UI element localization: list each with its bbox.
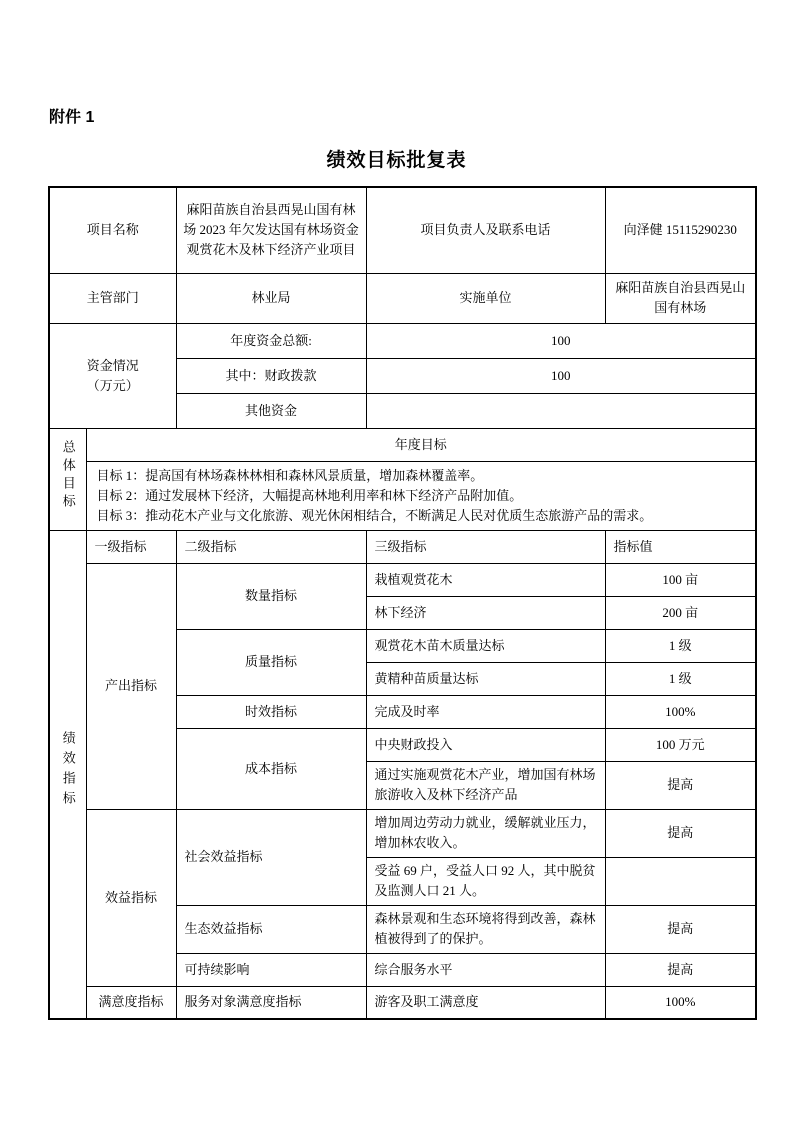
indicator-name: 观赏花木苗木质量达标	[366, 629, 605, 662]
indicator-name: 增加周边劳动力就业，缓解就业压力，增加林农收入。	[366, 809, 605, 857]
document-page: 附件 1 绩效目标批复表 项目名称 麻阳苗族自治县西晃山国有林场 2023 年欠…	[0, 0, 793, 1122]
indicator-value: 提高	[605, 905, 756, 953]
overall-goal-vertical-text: 总体目标	[60, 440, 76, 512]
funding-label-line1: 资金情况	[54, 356, 172, 376]
level1-output: 产出指标	[86, 563, 176, 809]
indicator-value: 200 亩	[605, 596, 756, 629]
project-name-label: 项目名称	[49, 187, 176, 273]
project-name-value: 麻阳苗族自治县西晃山国有林场 2023 年欠发达国有林场资金观赏花木及林下经济产…	[176, 187, 366, 273]
funding-other-label: 其他资金	[176, 393, 366, 428]
table-row: 产出指标 数量指标 栽植观赏花木 100 亩	[49, 563, 756, 596]
indicator-value: 1 级	[605, 629, 756, 662]
level1-benefit: 效益指标	[86, 809, 176, 986]
level2-timeliness: 时效指标	[176, 695, 366, 728]
funding-total-label: 年度资金总额:	[176, 323, 366, 358]
leader-label: 项目负责人及联系电话	[366, 187, 605, 273]
page-title: 绩效目标批复表	[0, 145, 793, 172]
attachment-label: 附件 1	[49, 104, 94, 127]
table-row: 目标 1：提高国有林场森林林相和森林风景质量，增加森林覆盖率。 目标 2：通过发…	[49, 461, 756, 530]
table-row: 总体目标 年度目标	[49, 428, 756, 461]
indicator-value: 100 万元	[605, 728, 756, 761]
performance-target-table: 项目名称 麻阳苗族自治县西晃山国有林场 2023 年欠发达国有林场资金观赏花木及…	[48, 186, 757, 1020]
indicator-value: 1 级	[605, 662, 756, 695]
annual-goal-content: 目标 1：提高国有林场森林林相和森林风景质量，增加森林覆盖率。 目标 2：通过发…	[86, 461, 756, 530]
table-row: 效益指标 社会效益指标 增加周边劳动力就业，缓解就业压力，增加林农收入。 提高	[49, 809, 756, 857]
header-level2: 二级指标	[176, 530, 366, 563]
indicators-vertical-text: 绩效指标	[60, 731, 76, 811]
indicator-name: 林下经济	[366, 596, 605, 629]
indicator-name: 中央财政投入	[366, 728, 605, 761]
funding-fiscal-label: 其中：财政拨款	[176, 358, 366, 393]
indicator-name: 黄精种苗质量达标	[366, 662, 605, 695]
indicator-name: 游客及职工满意度	[366, 986, 605, 1019]
indicator-name: 受益 69 户，受益人口 92 人，其中脱贫及监测人口 21 人。	[366, 857, 605, 905]
level2-social: 社会效益指标	[176, 809, 366, 905]
overall-goal-side-label: 总体目标	[49, 428, 86, 530]
indicator-value: 100%	[605, 986, 756, 1019]
annual-goal-header: 年度目标	[86, 428, 756, 461]
funding-fiscal-value: 100	[366, 358, 756, 393]
goal-line-3: 目标 3：推动花木产业与文化旅游、观光休闲相结合，不断满足人民对优质生态旅游产品…	[97, 506, 750, 526]
funding-label-line2: （万元）	[54, 376, 172, 396]
funding-label-cell: 资金情况 （万元）	[49, 323, 176, 428]
indicator-value: 提高	[605, 809, 756, 857]
leader-value: 向泽健 15115290230	[605, 187, 756, 273]
indicator-value: 提高	[605, 953, 756, 986]
funding-total-value: 100	[366, 323, 756, 358]
level2-eco: 生态效益指标	[176, 905, 366, 953]
dept-label: 主管部门	[49, 273, 176, 323]
goal-line-2: 目标 2：通过发展林下经济，大幅提高林地利用率和林下经济产品附加值。	[97, 486, 750, 506]
table-row: 满意度指标 服务对象满意度指标 游客及职工满意度 100%	[49, 986, 756, 1019]
indicator-name: 通过实施观赏花木产业，增加国有林场旅游收入及林下经济产品	[366, 761, 605, 809]
level2-quality: 质量指标	[176, 629, 366, 695]
indicator-name: 完成及时率	[366, 695, 605, 728]
indicator-value: 100 亩	[605, 563, 756, 596]
header-level1: 一级指标	[86, 530, 176, 563]
indicator-name: 栽植观赏花木	[366, 563, 605, 596]
impl-value: 麻阳苗族自治县西晃山国有林场	[605, 273, 756, 323]
impl-label: 实施单位	[366, 273, 605, 323]
indicator-value	[605, 857, 756, 905]
level1-satisfaction: 满意度指标	[86, 986, 176, 1019]
indicator-name: 森林景观和生态环境将得到改善，森林植被得到了的保护。	[366, 905, 605, 953]
funding-other-value	[366, 393, 756, 428]
indicator-value: 提高	[605, 761, 756, 809]
header-level3: 三级指标	[366, 530, 605, 563]
level2-quantity: 数量指标	[176, 563, 366, 629]
goal-line-1: 目标 1：提高国有林场森林林相和森林风景质量，增加森林覆盖率。	[97, 466, 750, 486]
indicator-value: 100%	[605, 695, 756, 728]
level2-sustain: 可持续影响	[176, 953, 366, 986]
dept-value: 林业局	[176, 273, 366, 323]
table-row: 主管部门 林业局 实施单位 麻阳苗族自治县西晃山国有林场	[49, 273, 756, 323]
header-value: 指标值	[605, 530, 756, 563]
indicators-side-label: 绩效指标	[49, 530, 86, 1019]
table-row: 绩效指标 一级指标 二级指标 三级指标 指标值	[49, 530, 756, 563]
table-row: 项目名称 麻阳苗族自治县西晃山国有林场 2023 年欠发达国有林场资金观赏花木及…	[49, 187, 756, 273]
level2-cost: 成本指标	[176, 728, 366, 809]
table-row: 资金情况 （万元） 年度资金总额: 100	[49, 323, 756, 358]
level2-service: 服务对象满意度指标	[176, 986, 366, 1019]
indicator-name: 综合服务水平	[366, 953, 605, 986]
